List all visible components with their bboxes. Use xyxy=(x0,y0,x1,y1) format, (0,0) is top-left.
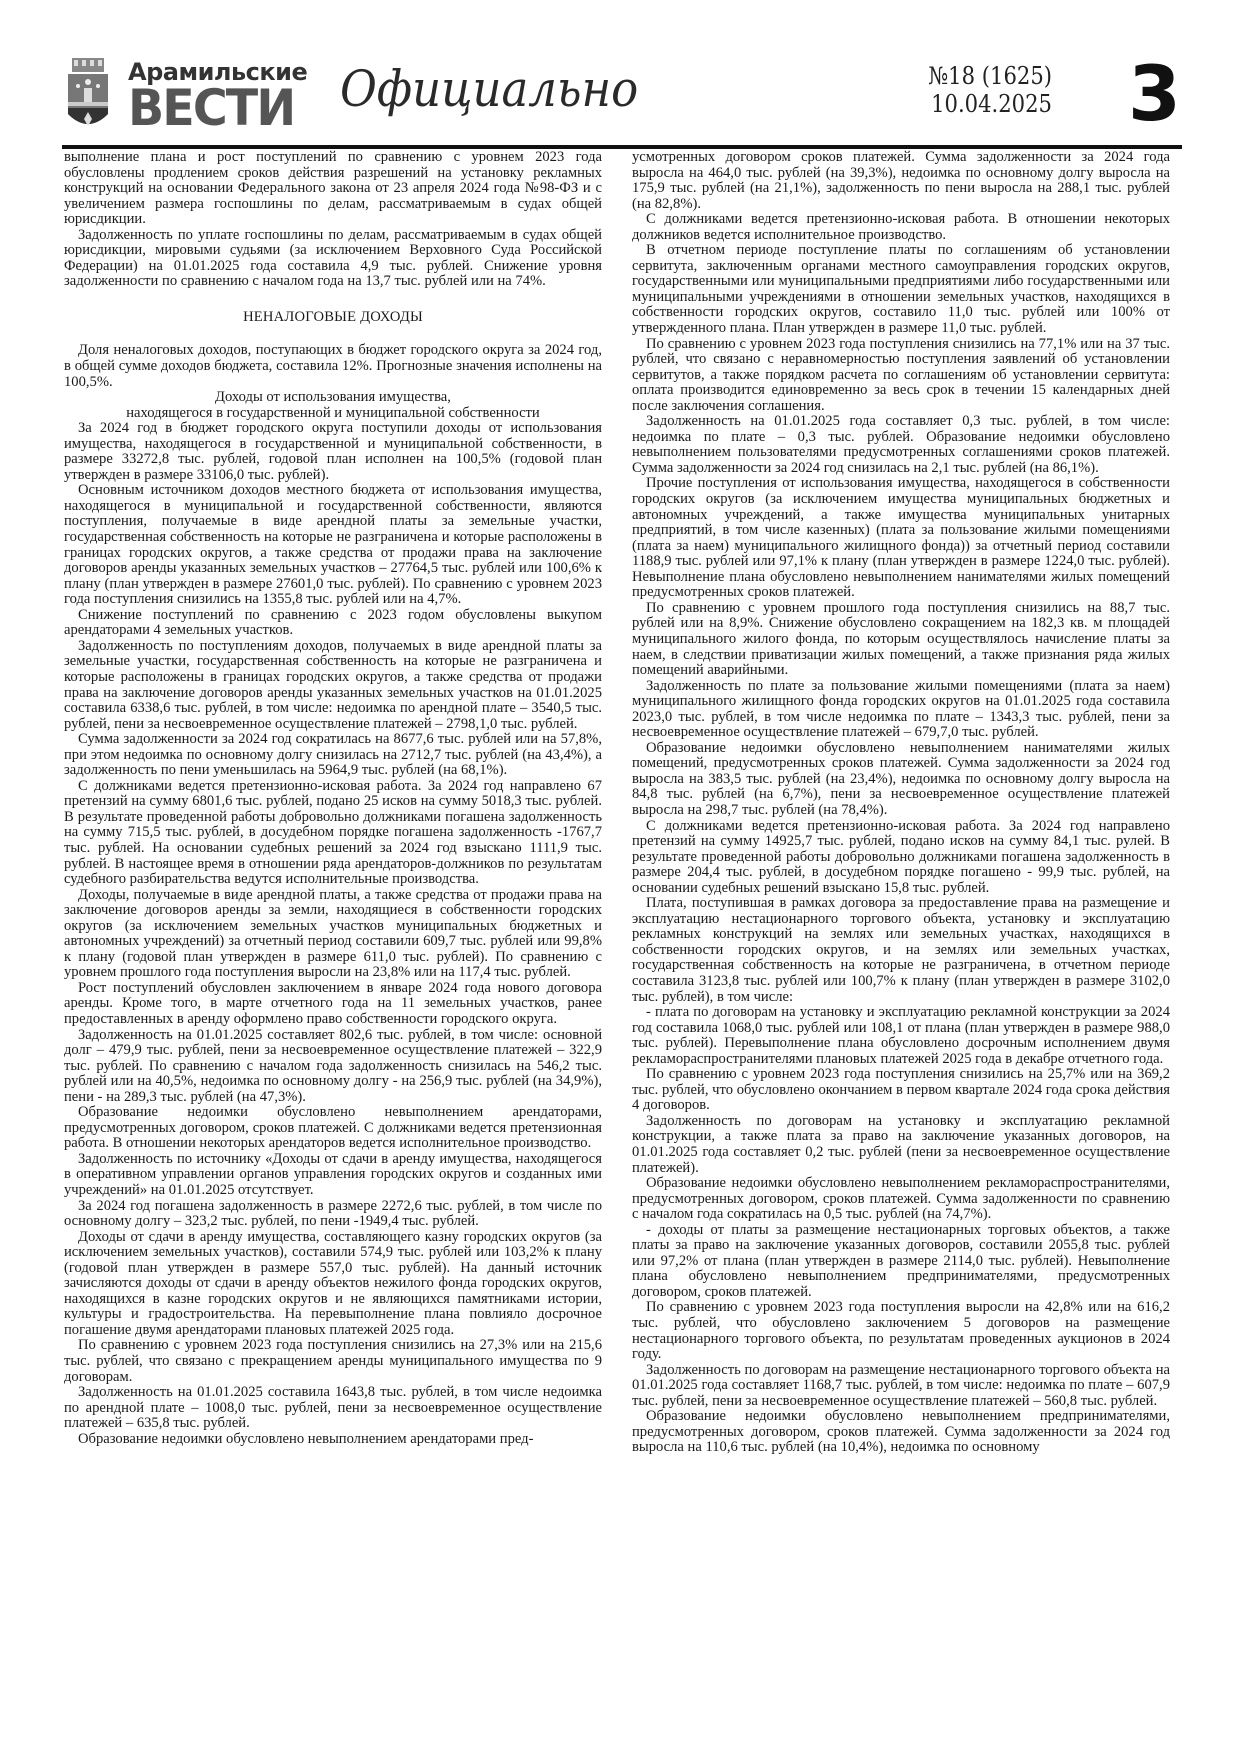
paragraph: С должниками ведется претензионно-искова… xyxy=(64,779,602,888)
paragraph: - плата по договорам на установку и эксп… xyxy=(632,1005,1170,1067)
paragraph: По сравнению с уровнем 2023 года поступл… xyxy=(632,1067,1170,1114)
issue-date: 10.04.2025 xyxy=(902,90,1052,118)
city-coat-of-arms-icon xyxy=(66,58,110,134)
paragraph: По сравнению с уровнем 2023 года поступл… xyxy=(64,1338,602,1385)
paragraph: За 2024 год погашена задолженность в раз… xyxy=(64,1199,602,1230)
paragraph: Задолженность по источнику «Доходы от сд… xyxy=(64,1152,602,1199)
paragraph: усмотренных договором сроков платежей. С… xyxy=(632,150,1170,212)
paragraph: Образование недоимки обусловлено невыпол… xyxy=(632,741,1170,819)
paragraph: Основным источником доходов местного бюд… xyxy=(64,483,602,607)
paragraph: Снижение поступлений по сравнению с 2023… xyxy=(64,608,602,639)
subheading-line-1: Доходы от использования имущества, xyxy=(64,390,602,406)
paragraph: По сравнению с уровнем 2023 года поступл… xyxy=(632,1300,1170,1362)
masthead: Арамильские ВЕСТИ Официально №18 (1625) … xyxy=(62,52,1182,142)
paragraph: Сумма задолженности за 2024 год сократил… xyxy=(64,732,602,779)
paragraph: Задолженность по поступлениям доходов, п… xyxy=(64,639,602,732)
paragraph: С должниками ведется претензионно-искова… xyxy=(632,212,1170,243)
paragraph: Образование недоимки обусловлено невыпол… xyxy=(632,1176,1170,1223)
newspaper-logo: Арамильские ВЕСТИ xyxy=(128,60,307,132)
paragraph: Образование недоимки обусловлено невыпол… xyxy=(632,1409,1170,1456)
logo-big-text: ВЕСТИ xyxy=(128,84,298,132)
paragraph: Задолженность по уплате госпошлины по де… xyxy=(64,228,602,290)
paragraph: Прочие поступления от использования имущ… xyxy=(632,476,1170,600)
subheading-line-2: находящегося в государственной и муницип… xyxy=(64,406,602,422)
paragraph: Доходы от сдачи в аренду имущества, сост… xyxy=(64,1230,602,1339)
issue-info: №18 (1625) 10.04.2025 xyxy=(902,62,1052,118)
paragraph: Плата, поступившая в рамках договора за … xyxy=(632,896,1170,1005)
paragraph: По сравнению с уровнем 2023 года поступл… xyxy=(632,337,1170,415)
paragraph: Задолженность по договорам на размещение… xyxy=(632,1363,1170,1410)
paragraph: Задолженность по договорам на установку … xyxy=(632,1114,1170,1176)
paragraph: Задолженность на 01.01.2025 составила 16… xyxy=(64,1385,602,1432)
paragraph: С должниками ведется претензионно-искова… xyxy=(632,819,1170,897)
left-column: выполнение плана и рост поступлений по с… xyxy=(64,150,602,1447)
paragraph: Образование недоимки обусловлено невыпол… xyxy=(64,1105,602,1152)
issue-number: №18 (1625) xyxy=(902,62,1052,90)
paragraph: В отчетном периоде поступление платы по … xyxy=(632,243,1170,336)
paragraph: Задолженность по плате за пользование жи… xyxy=(632,679,1170,741)
paragraph: По сравнению с уровнем прошлого года пос… xyxy=(632,601,1170,679)
paragraph: Доля неналоговых доходов, поступающих в … xyxy=(64,343,602,390)
right-column: усмотренных договором сроков платежей. С… xyxy=(632,150,1170,1456)
paragraph: - доходы от платы за размещение нестацио… xyxy=(632,1223,1170,1301)
section-heading: НЕНАЛОГОВЫЕ ДОХОДЫ xyxy=(64,310,602,326)
page-number: 3 xyxy=(1128,54,1181,134)
paragraph: Рост поступлений обусловлен заключением … xyxy=(64,981,602,1028)
section-title: Официально xyxy=(340,60,638,118)
paragraph: Доходы, получаемые в виде арендной платы… xyxy=(64,888,602,981)
paragraph: За 2024 год в бюджет городского округа п… xyxy=(64,421,602,483)
paragraph: выполнение плана и рост поступлений по с… xyxy=(64,150,602,228)
paragraph: Задолженность на 01.01.2025 составляет 8… xyxy=(64,1028,602,1106)
paragraph: Задолженность на 01.01.2025 года составл… xyxy=(632,414,1170,476)
paragraph: Образование недоимки обусловлено невыпол… xyxy=(64,1432,602,1448)
